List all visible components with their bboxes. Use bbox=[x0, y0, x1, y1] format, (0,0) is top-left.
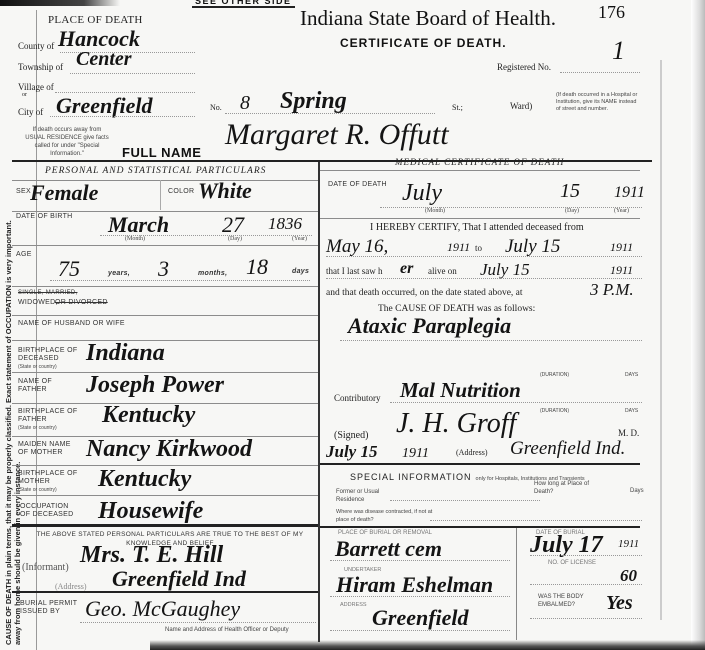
contributory-value: Mal Nutrition bbox=[400, 378, 521, 403]
sex-value: Female bbox=[30, 180, 98, 206]
age-label: AGE bbox=[16, 251, 32, 258]
hospital-note: (If death occurred in a Hospital or Inst… bbox=[556, 92, 640, 113]
age-line bbox=[50, 280, 310, 281]
certificate-number: 176 bbox=[598, 2, 625, 23]
burial-permit-value: Geo. McGaughey bbox=[85, 596, 240, 622]
last-saw-year: 1911 bbox=[610, 263, 633, 278]
contributory-line bbox=[390, 402, 642, 403]
street-line bbox=[225, 113, 435, 114]
license-line bbox=[530, 584, 642, 585]
scan-edge bbox=[691, 0, 705, 650]
cause-value: Ataxic Paraplegia bbox=[348, 313, 511, 339]
personal-heading: PERSONAL AND STATISTICAL PARTICULARS bbox=[45, 166, 266, 176]
dob-label: DATE OF BIRTH bbox=[16, 213, 73, 220]
permit-line bbox=[80, 622, 316, 623]
permit-divider bbox=[12, 591, 318, 593]
burial-divider bbox=[320, 526, 640, 528]
undertaker-line bbox=[330, 596, 510, 597]
birthplace-label: BIRTHPLACE OF DECEASED bbox=[18, 347, 78, 363]
dob-day-caption: (Day) bbox=[228, 236, 242, 242]
signed-year: 1911 bbox=[402, 446, 429, 462]
informant-label: (Informant) bbox=[22, 562, 69, 573]
margin-line-1: CAUSE OF DEATH in plain terms, that it m… bbox=[4, 5, 13, 645]
months-label: months, bbox=[198, 270, 227, 277]
row-line bbox=[12, 245, 318, 246]
street-no-label: No. bbox=[210, 103, 222, 112]
color-value: White bbox=[198, 178, 252, 204]
cause-line bbox=[340, 340, 642, 341]
marital-widowed: WIDOWED, bbox=[18, 299, 58, 306]
contributory-label: Contributory bbox=[334, 393, 381, 403]
father-birthplace-label: BIRTHPLACE OF FATHER bbox=[18, 408, 78, 424]
certify-text: I HEREBY CERTIFY, That I attended deceas… bbox=[370, 222, 584, 233]
mother-birthplace-label: BIRTHPLACE OF MOTHER bbox=[18, 470, 78, 486]
father-birthplace-value: Kentucky bbox=[102, 402, 195, 429]
disease-contracted-line bbox=[430, 520, 642, 521]
alive-on-label: alive on bbox=[428, 266, 457, 276]
special-info-heading: SPECIAL INFORMATION bbox=[350, 472, 472, 482]
signed-label: (Signed) bbox=[334, 430, 368, 441]
color-label: COLOR bbox=[168, 188, 194, 195]
years-label: years, bbox=[108, 270, 130, 277]
age-months: 3 bbox=[158, 256, 169, 282]
father-birthplace-caption: (State or country) bbox=[18, 425, 57, 431]
death-year: 1911 bbox=[614, 184, 645, 202]
informant-address-label: (Address) bbox=[55, 582, 87, 591]
mother-label: MAIDEN NAME OF MOTHER bbox=[18, 441, 78, 457]
certificate-title: CERTIFICATE OF DEATH. bbox=[340, 36, 507, 50]
scan-shadow-bottom bbox=[150, 640, 705, 650]
death-year-caption: (Year) bbox=[614, 208, 629, 214]
row-line bbox=[12, 495, 318, 496]
how-long-label: How long at Place of Death? bbox=[534, 480, 598, 496]
physician-signature: J. H. Groff bbox=[396, 408, 516, 440]
ward-label: Ward) bbox=[510, 101, 532, 111]
special-divider bbox=[320, 463, 640, 465]
father-label: NAME OF FATHER bbox=[18, 378, 78, 394]
dob-year-caption: (Year) bbox=[292, 236, 307, 242]
sex-color-divider bbox=[160, 180, 161, 210]
duration-days-label-2: DAYS bbox=[625, 408, 638, 414]
md-label: M. D. bbox=[618, 428, 639, 438]
time-of-death: 3 P.M. bbox=[590, 280, 634, 300]
dob-month-caption: (Month) bbox=[125, 236, 145, 242]
death-day-caption: (Day) bbox=[565, 208, 579, 214]
age-days: 18 bbox=[246, 254, 268, 280]
occupation-label: OCCUPATION OF DECEASED bbox=[20, 503, 80, 519]
burial-date-line bbox=[530, 555, 642, 556]
row-line bbox=[320, 218, 640, 219]
full-name-value: Margaret R. Offutt bbox=[225, 118, 449, 152]
attended-to: July 15 bbox=[505, 236, 560, 258]
signed-date: July 15 bbox=[326, 442, 377, 462]
informant-value: Mrs. T. E. Hill bbox=[80, 542, 223, 569]
undertaker-address-value: Greenfield bbox=[372, 605, 469, 631]
city-line bbox=[50, 116, 195, 117]
duration-label: (DURATION) bbox=[540, 372, 569, 378]
spouse-label: NAME OF HUSBAND OR WIFE bbox=[18, 320, 125, 327]
medical-heading: MEDICAL CERTIFICATE OF DEATH bbox=[395, 157, 564, 167]
how-long-days-label: Days bbox=[630, 488, 644, 494]
disease-contracted-label: Where was disease contracted, if not at … bbox=[336, 508, 446, 524]
embalmed-value: Yes bbox=[606, 592, 633, 615]
marital-single-married: SINGLE, MARRIED, bbox=[18, 290, 77, 296]
date-of-death-label: DATE OF DEATH bbox=[328, 181, 387, 188]
usual-residence-note: If death occurs away from USUAL RESIDENC… bbox=[24, 126, 110, 158]
street-name: Spring bbox=[280, 88, 347, 115]
mother-birthplace-value: Kentucky bbox=[98, 466, 191, 493]
attended-from-year: 1911 bbox=[447, 240, 470, 255]
last-saw-prefix: that I last saw h bbox=[326, 266, 383, 276]
death-certificate-scan: CAUSE OF DEATH in plain terms, that it m… bbox=[0, 0, 705, 650]
embalmed-label: WAS THE BODY EMBALMED? bbox=[538, 593, 608, 609]
city-label: City of bbox=[18, 107, 43, 117]
row-line bbox=[12, 340, 318, 341]
place-of-death-heading: PLACE OF DEATH bbox=[48, 14, 143, 26]
physician-address-value: Greenfield Ind. bbox=[510, 438, 625, 460]
informant-address-value: Greenfield Ind bbox=[112, 566, 246, 592]
duration-days-label: DAYS bbox=[625, 372, 638, 378]
township-value: Center bbox=[76, 48, 132, 71]
row-line bbox=[320, 170, 640, 171]
embalmed-line bbox=[530, 618, 642, 619]
or-label: or bbox=[22, 92, 27, 98]
scan-fold-line bbox=[660, 60, 662, 620]
father-value: Joseph Power bbox=[86, 372, 224, 399]
registered-no-line bbox=[560, 72, 640, 73]
former-residence-line bbox=[390, 500, 540, 501]
burial-permit-label: BURIAL PERMIT ISSUED BY bbox=[20, 600, 80, 616]
margin-rule bbox=[36, 10, 37, 650]
mother-value: Nancy Kirkwood bbox=[86, 436, 252, 463]
attended-to-year: 1911 bbox=[610, 240, 633, 255]
former-residence-label: Former or Usual Residence bbox=[336, 488, 406, 504]
undertaker-value: Hiram Eshelman bbox=[336, 572, 493, 598]
street-label: St.; bbox=[452, 103, 463, 112]
informant-divider bbox=[12, 524, 318, 527]
burial-place-value: Barrett cem bbox=[335, 536, 442, 562]
license-label: NO. OF LICENSE bbox=[548, 560, 596, 566]
duration-label-2: (DURATION) bbox=[540, 408, 569, 414]
undertaker-address-line bbox=[330, 630, 510, 631]
burial-date-year: 1911 bbox=[618, 538, 639, 550]
occurred-text: and that death occurred, on the date sta… bbox=[326, 288, 523, 298]
county-label: County of bbox=[18, 41, 54, 51]
days-label: days bbox=[292, 268, 309, 275]
birthplace-value: Indiana bbox=[86, 340, 165, 367]
village-label: Village of bbox=[18, 82, 54, 92]
health-officer-note: Name and Address of Health Officer or De… bbox=[165, 627, 289, 633]
registered-no-value: 1 bbox=[612, 36, 625, 66]
last-saw-pronoun: er bbox=[400, 260, 413, 278]
age-years: 75 bbox=[58, 256, 80, 282]
birthplace-caption: (State or country) bbox=[18, 364, 57, 370]
column-divider bbox=[318, 162, 320, 642]
undertaker-address-label: ADDRESS bbox=[340, 602, 367, 608]
attended-from: May 16, bbox=[326, 236, 388, 258]
see-other-side-banner: SEE OTHER SIDE bbox=[192, 0, 295, 8]
last-saw-date: July 15 bbox=[480, 260, 530, 280]
mother-birthplace-caption: (State or country) bbox=[18, 487, 57, 493]
attended-line bbox=[326, 256, 642, 257]
row-line bbox=[12, 286, 318, 287]
burial-column-divider bbox=[516, 528, 517, 640]
street-number: 8 bbox=[240, 92, 250, 115]
board-title: Indiana State Board of Health. bbox=[300, 6, 556, 31]
marital-divorced: OR DIVORCED bbox=[55, 299, 108, 306]
physician-address-label: (Address) bbox=[456, 448, 488, 457]
row-line bbox=[12, 315, 318, 316]
sex-label: SEX bbox=[16, 188, 31, 195]
registered-no-label: Registered No. bbox=[497, 62, 551, 72]
burial-place-line bbox=[330, 560, 510, 561]
full-name-label: FULL NAME bbox=[122, 145, 201, 160]
death-month: July bbox=[402, 180, 442, 207]
occupation-value: Housewife bbox=[98, 498, 203, 525]
last-saw-line bbox=[326, 278, 642, 279]
death-month-caption: (Month) bbox=[425, 208, 445, 214]
death-date-line bbox=[380, 207, 642, 208]
death-day: 15 bbox=[560, 180, 580, 203]
license-value: 60 bbox=[620, 566, 637, 586]
to-label: to bbox=[475, 243, 482, 253]
township-line bbox=[70, 73, 195, 74]
dob-year: 1836 bbox=[268, 214, 302, 234]
township-label: Township of bbox=[18, 62, 63, 72]
